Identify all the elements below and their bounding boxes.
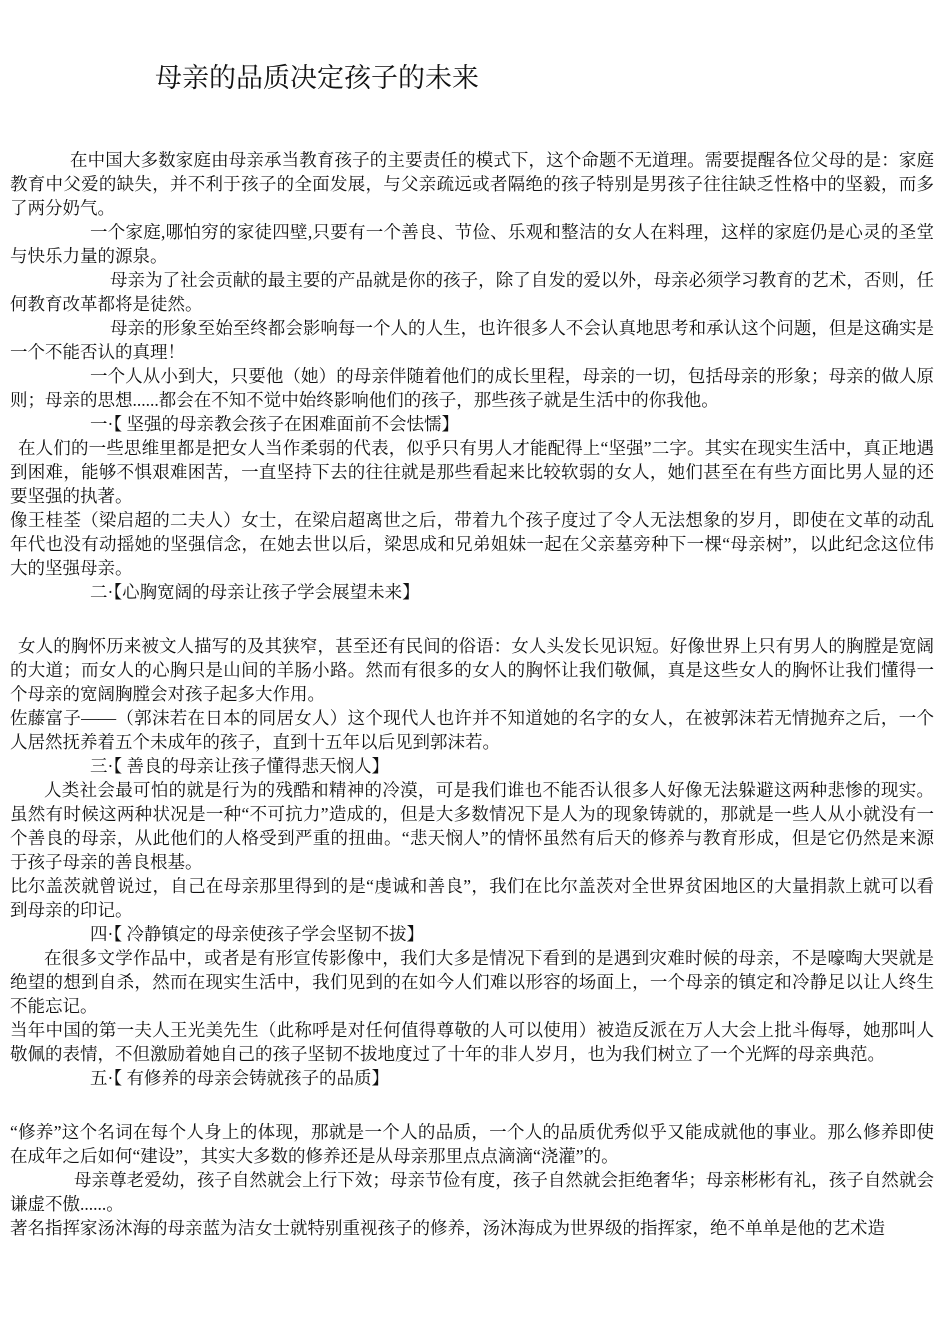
- paragraph-section3-2: 比尔盖茨就曾说过，自己在母亲那里得到的是“虔诚和善良”，我们在比尔盖茨对全世界贫…: [10, 874, 934, 922]
- section-heading-2: 二·【心胸宽阔的母亲让孩子学会展望未来】: [10, 580, 934, 604]
- paragraph-intro-2: 一个家庭,哪怕穷的家徒四壁,只要有一个善良、节俭、乐观和整洁的女人在料理，这样的…: [10, 220, 934, 268]
- paragraph-intro-3: 母亲为了社会贡献的最主要的产品就是你的孩子，除了自发的爱以外，母亲必须学习教育的…: [10, 268, 934, 316]
- paragraph-section4-1: 在很多文学作品中，或者是有形宣传影像中，我们大多是情况下看到的是遇到灾难时候的母…: [10, 946, 934, 1018]
- paragraph-section3-1: 人类社会最可怕的就是行为的残酷和精神的冷漠，可是我们谁也不能否认很多人好像无法躲…: [10, 778, 934, 874]
- blank-line: [10, 1090, 934, 1120]
- paragraph-section2-1: 女人的胸怀历来被文人描写的及其狭窄，甚至还有民间的俗语：女人头发长见识短。好像世…: [10, 634, 934, 706]
- paragraph-section1-1: 在人们的一些思维里都是把女人当作柔弱的代表，似乎只有男人才能配得上“坚强”二字。…: [10, 436, 934, 508]
- document-page: 母亲的品质决定孩子的未来 在中国大多数家庭由母亲承当教育孩子的主要责任的模式下，…: [0, 0, 950, 1344]
- paragraph-section5-1: “修养”这个名词在每个人身上的体现，那就是一个人的品质，一个人的品质优秀似乎又能…: [10, 1120, 934, 1168]
- paragraph-intro-1: 在中国大多数家庭由母亲承当教育孩子的主要责任的模式下，这个命题不无道理。需要提醒…: [10, 148, 934, 220]
- paragraph-intro-5: 一个人从小到大，只要他（她）的母亲伴随着他们的成长里程，母亲的一切，包括母亲的形…: [10, 364, 934, 412]
- section-heading-5: 五·【 有修养的母亲会铸就孩子的品质】: [10, 1066, 934, 1090]
- section-heading-4: 四·【 冷静镇定的母亲使孩子学会坚韧不拔】: [10, 922, 934, 946]
- paragraph-section5-3: 著名指挥家汤沐海的母亲蓝为洁女士就特别重视孩子的修养，汤沐海成为世界级的指挥家，…: [10, 1216, 934, 1240]
- paragraph-section2-2: 佐藤富子——（郭沫若在日本的同居女人）这个现代人也许并不知道她的名字的女人，在被…: [10, 706, 934, 754]
- paragraph-section4-2: 当年中国的第一夫人王光美先生（此称呼是对任何值得尊敬的人可以使用）被造反派在万人…: [10, 1018, 934, 1066]
- paragraph-section5-2: 母亲尊老爱幼，孩子自然就会上行下效；母亲节俭有度，孩子自然就会拒绝奢华；母亲彬彬…: [10, 1168, 934, 1216]
- section-heading-1: 一·【 坚强的母亲教会孩子在困难面前不会怯懦】: [10, 412, 934, 436]
- section-heading-3: 三·【 善良的母亲让孩子懂得悲天悯人】: [10, 754, 934, 778]
- blank-line: [10, 604, 934, 634]
- paragraph-intro-4: 母亲的形象至始至终都会影响每一个人的人生，也许很多人不会认真地思考和承认这个问题…: [10, 316, 934, 364]
- document-title: 母亲的品质决定孩子的未来: [155, 58, 934, 98]
- paragraph-section1-2: 像王桂荃（梁启超的二夫人）女士，在梁启超离世之后，带着九个孩子度过了令人无法想象…: [10, 508, 934, 580]
